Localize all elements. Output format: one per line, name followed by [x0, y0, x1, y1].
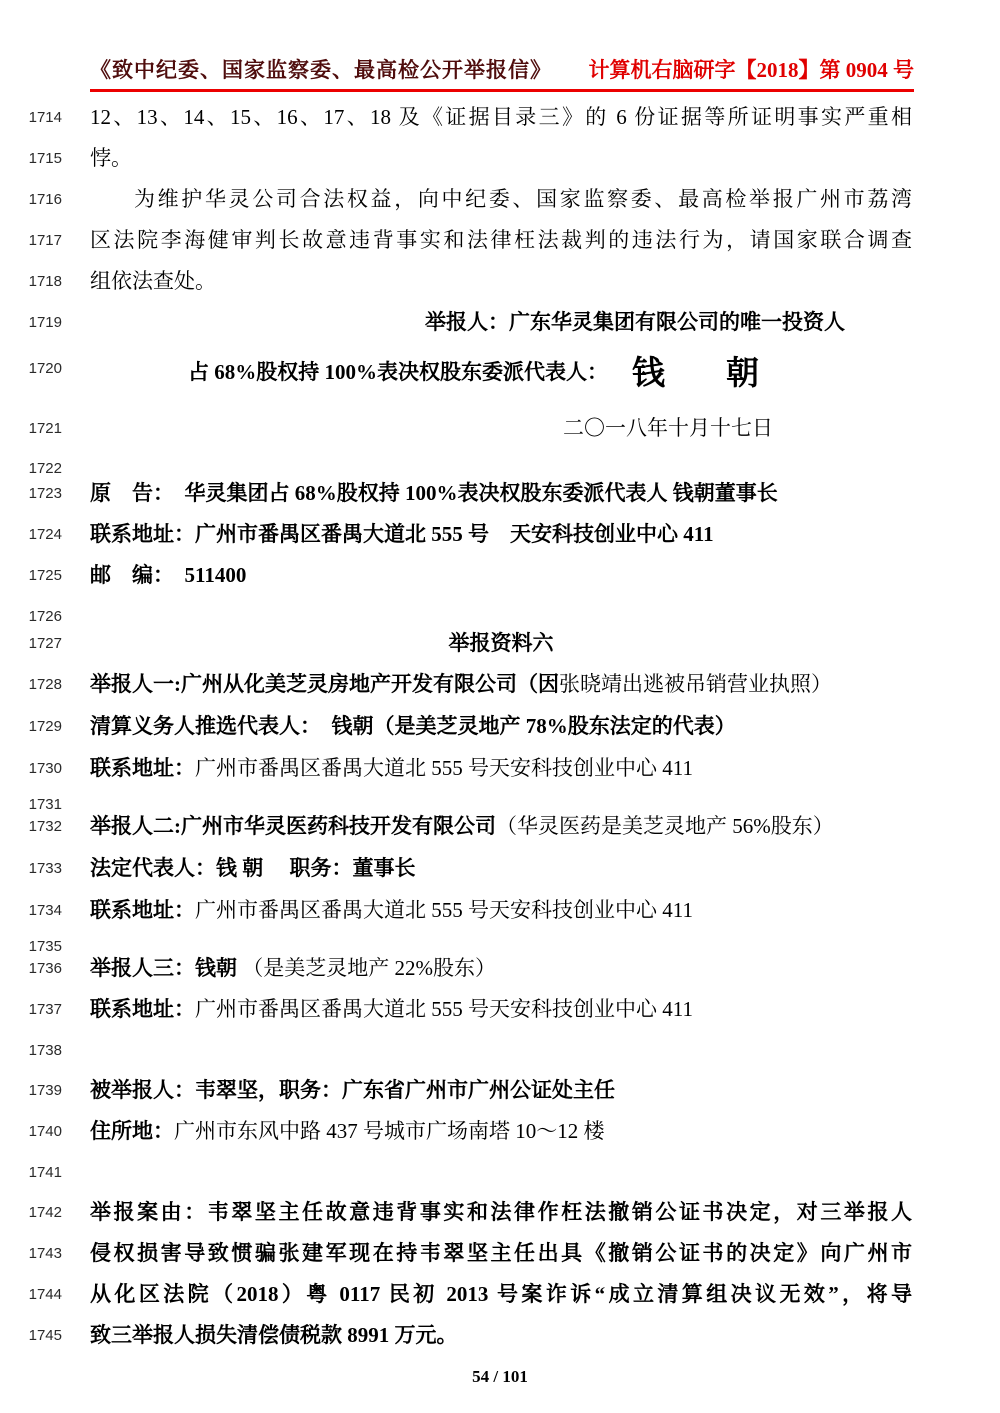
- line-number: 1728: [0, 669, 62, 700]
- document-line: 1744从化区法院（2018）粤 0117 民初 2013 号案诈诉“成立清算组…: [0, 1279, 1000, 1320]
- line-number: 1721: [0, 413, 62, 444]
- line-number: 1730: [0, 753, 62, 784]
- document-line: 1734联系地址：广州市番禺区番禺大道北 555 号天安科技创业中心 411: [0, 895, 1000, 931]
- line-number: 1718: [0, 266, 62, 297]
- line-text: 原 告： 华灵集团占 68%股权持 100%表决权股东委派代表人 钱朝董事长: [90, 478, 912, 508]
- line-text: 法定代表人：钱 朝 职务：董事长: [90, 853, 912, 883]
- document-line: 1741: [0, 1157, 1000, 1197]
- line-text: 被举报人：韦翠坚，职务：广东省广州市广州公证处主任: [90, 1075, 912, 1105]
- document-line: 1732举报人二:广州市华灵医药科技开发有限公司（华灵医药是美芝灵地产 56%股…: [0, 811, 1000, 853]
- line-text: 举报资料六: [90, 628, 912, 658]
- line-number: 1732: [0, 811, 62, 842]
- document-line: 1731: [0, 789, 1000, 811]
- line-number: 1724: [0, 519, 62, 550]
- document-line: 1717区法院李海健审判长故意违背事实和法律枉法裁判的违法行为，请国家联合调查: [0, 225, 1000, 266]
- line-text: 联系地址：广州市番禺区番禺大道北 555 号天安科技创业中心 411: [90, 994, 912, 1024]
- document-line: 1738: [0, 1035, 1000, 1075]
- document-line: 1728举报人一:广州从化美芝灵房地产开发有限公司（因张晓靖出逃被吊销营业执照）: [0, 669, 1000, 711]
- line-number: 1715: [0, 143, 62, 174]
- line-number: 1714: [0, 102, 62, 133]
- document-line: 1727举报资料六: [0, 628, 1000, 669]
- document-line: 1723原 告： 华灵集团占 68%股权持 100%表决权股东委派代表人 钱朝董…: [0, 478, 1000, 519]
- signature-text: 钱 朝: [632, 353, 773, 392]
- line-text: 举报人三：钱朝 （是美芝灵地产 22%股东）: [90, 953, 912, 983]
- line-text: 二〇一八年十月十七日: [90, 413, 912, 443]
- document-line: 1715悖。: [0, 143, 1000, 184]
- line-number: 1738: [0, 1035, 62, 1066]
- line-number: 1729: [0, 711, 62, 742]
- page-indicator: 54 / 101: [0, 1367, 1000, 1387]
- document-line: 1745致三举报人损失清偿债税款 8991 万元。: [0, 1320, 1000, 1361]
- document-line: 1721二〇一八年十月十七日: [0, 413, 1000, 453]
- line-number: 1743: [0, 1238, 62, 1269]
- document-line: 1743侵权损害导致惯骗张建军现在持韦翠坚主任出具《撤销公证书的决定》向广州市: [0, 1238, 1000, 1279]
- line-text: 致三举报人损失清偿债税款 8991 万元。: [90, 1320, 912, 1350]
- line-text: 清算义务人推选代表人： 钱朝（是美芝灵地产 78%股东法定的代表）: [90, 711, 912, 741]
- document-lines: 171412、13、14、15、16、17、18 及《证据目录三》的 6 份证据…: [0, 102, 1000, 1361]
- document-line: 1716为维护华灵公司合法权益，向中纪委、国家监察委、最高检举报广州市荔湾: [0, 184, 1000, 225]
- line-text: 区法院李海健审判长故意违背事实和法律枉法裁判的违法行为，请国家联合调查: [90, 225, 912, 255]
- line-text: 举报人二:广州市华灵医药科技开发有限公司（华灵医药是美芝灵地产 56%股东）: [90, 811, 912, 841]
- document-line: 1724联系地址：广州市番禺区番禺大道北 555 号 天安科技创业中心 411: [0, 519, 1000, 560]
- line-text: 侵权损害导致惯骗张建军现在持韦翠坚主任出具《撤销公证书的决定》向广州市: [90, 1238, 912, 1268]
- document-line: 1729清算义务人推选代表人： 钱朝（是美芝灵地产 78%股东法定的代表）: [0, 711, 1000, 753]
- document-line: 1718组依法查处。: [0, 266, 1000, 307]
- document-page: 《致中纪委、国家监察委、最高检公开举报信》 计算机右脑研字【2018】第 090…: [0, 0, 1000, 1413]
- document-line: 171412、13、14、15、16、17、18 及《证据目录三》的 6 份证据…: [0, 102, 1000, 143]
- document-line: 1736举报人三：钱朝 （是美芝灵地产 22%股东）: [0, 953, 1000, 994]
- line-text: 占 68%股权持 100%表决权股东委派代表人：钱 朝: [90, 353, 912, 388]
- line-text: 悖。: [90, 143, 912, 173]
- line-number: 1727: [0, 628, 62, 659]
- line-number: 1744: [0, 1279, 62, 1310]
- line-number: 1734: [0, 895, 62, 926]
- line-text: 举报人一:广州从化美芝灵房地产开发有限公司（因张晓靖出逃被吊销营业执照）: [90, 669, 912, 699]
- line-text: 联系地址：广州市番禺区番禺大道北 555 号天安科技创业中心 411: [90, 753, 912, 783]
- line-number: 1742: [0, 1197, 62, 1228]
- line-text: 举报案由：韦翠坚主任故意违背事实和法律作枉法撤销公证书决定，对三举报人: [90, 1197, 912, 1227]
- line-text: 为维护华灵公司合法权益，向中纪委、国家监察委、最高检举报广州市荔湾: [90, 184, 912, 214]
- document-line: 1719举报人：广东华灵集团有限公司的唯一投资人: [0, 307, 1000, 353]
- line-number: 1736: [0, 953, 62, 984]
- line-number: 1737: [0, 994, 62, 1025]
- line-text: 从化区法院（2018）粤 0117 民初 2013 号案诈诉“成立清算组决议无效…: [90, 1279, 912, 1309]
- line-number: 1725: [0, 560, 62, 591]
- line-text: 邮 编： 511400: [90, 560, 912, 590]
- line-number: 1741: [0, 1157, 62, 1188]
- line-number: 1720: [0, 353, 62, 384]
- header-title: 《致中纪委、国家监察委、最高检公开举报信》: [90, 54, 552, 84]
- document-header: 《致中纪委、国家监察委、最高检公开举报信》 计算机右脑研字【2018】第 090…: [90, 54, 914, 92]
- header-doc-number: 计算机右脑研字【2018】第 0904 号: [589, 54, 915, 84]
- line-number: 1745: [0, 1320, 62, 1351]
- line-number: 1739: [0, 1075, 62, 1106]
- document-line: 1742举报案由：韦翠坚主任故意违背事实和法律作枉法撤销公证书决定，对三举报人: [0, 1197, 1000, 1238]
- document-line: 1735: [0, 931, 1000, 953]
- document-line: 1740住所地：广州市东风中路 437 号城市广场南塔 10～12 楼: [0, 1116, 1000, 1157]
- line-number: 1717: [0, 225, 62, 256]
- document-line: 1733法定代表人：钱 朝 职务：董事长: [0, 853, 1000, 895]
- document-line: 1730联系地址：广州市番禺区番禺大道北 555 号天安科技创业中心 411: [0, 753, 1000, 789]
- document-line: 1725邮 编： 511400: [0, 560, 1000, 601]
- line-number: 1723: [0, 478, 62, 509]
- document-line: 1726: [0, 601, 1000, 628]
- line-number: 1740: [0, 1116, 62, 1147]
- document-line: 1739被举报人：韦翠坚，职务：广东省广州市广州公证处主任: [0, 1075, 1000, 1116]
- line-text: 12、13、14、15、16、17、18 及《证据目录三》的 6 份证据等所证明…: [90, 102, 912, 132]
- line-text: 联系地址：广州市番禺区番禺大道北 555 号天安科技创业中心 411: [90, 895, 912, 925]
- line-number: 1733: [0, 853, 62, 884]
- line-number: 1716: [0, 184, 62, 215]
- line-text: 联系地址：广州市番禺区番禺大道北 555 号 天安科技创业中心 411: [90, 519, 912, 549]
- document-line: 1737联系地址：广州市番禺区番禺大道北 555 号天安科技创业中心 411: [0, 994, 1000, 1035]
- document-line: 1722: [0, 453, 1000, 478]
- line-text: 组依法查处。: [90, 266, 912, 296]
- document-line: 1720占 68%股权持 100%表决权股东委派代表人：钱 朝: [0, 353, 1000, 413]
- line-text: 住所地：广州市东风中路 437 号城市广场南塔 10～12 楼: [90, 1116, 912, 1146]
- line-text: 举报人：广东华灵集团有限公司的唯一投资人: [90, 307, 912, 337]
- line-number: 1719: [0, 307, 62, 338]
